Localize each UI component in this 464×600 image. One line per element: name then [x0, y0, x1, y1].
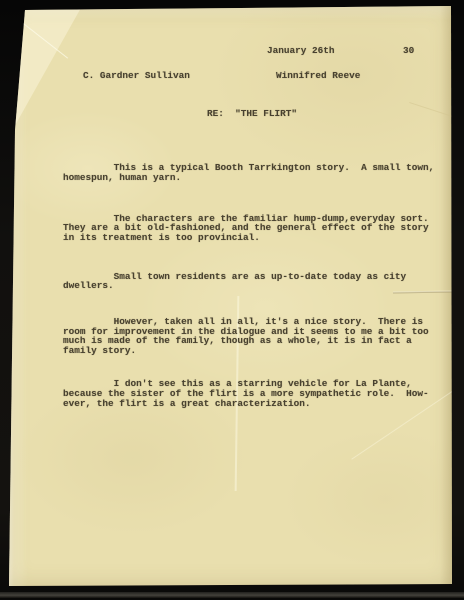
memo-body: This is a typical Booth Tarrkington stor… — [63, 144, 445, 427]
memo-date: January 26th — [267, 46, 335, 56]
scanned-memo-page: January 26th 30 C. Gardner Sullivan Winn… — [0, 0, 464, 600]
memo-paragraph-4: However, taken all in all, it's a nice s… — [63, 317, 445, 355]
memo-paragraph-3: Small town residents are as up-to-date t… — [63, 272, 445, 291]
memo-name-left: C. Gardner Sullivan — [83, 71, 190, 81]
memo-paragraph-2: The characters are the familiar hump-dum… — [63, 214, 445, 243]
page-number: 30 — [403, 46, 414, 56]
scanner-bed-edge — [0, 592, 464, 598]
corner-fold-highlight — [8, 6, 82, 138]
memo-paragraph-1: This is a typical Booth Tarrkington stor… — [63, 163, 445, 182]
memo-paragraph-5: I don't see this as a starring vehicle f… — [63, 379, 445, 408]
memo-name-right: Winnifred Reeve — [276, 71, 360, 81]
crease-line — [409, 102, 459, 119]
memo-subject-line: RE: "THE FLIRT" — [207, 109, 297, 119]
